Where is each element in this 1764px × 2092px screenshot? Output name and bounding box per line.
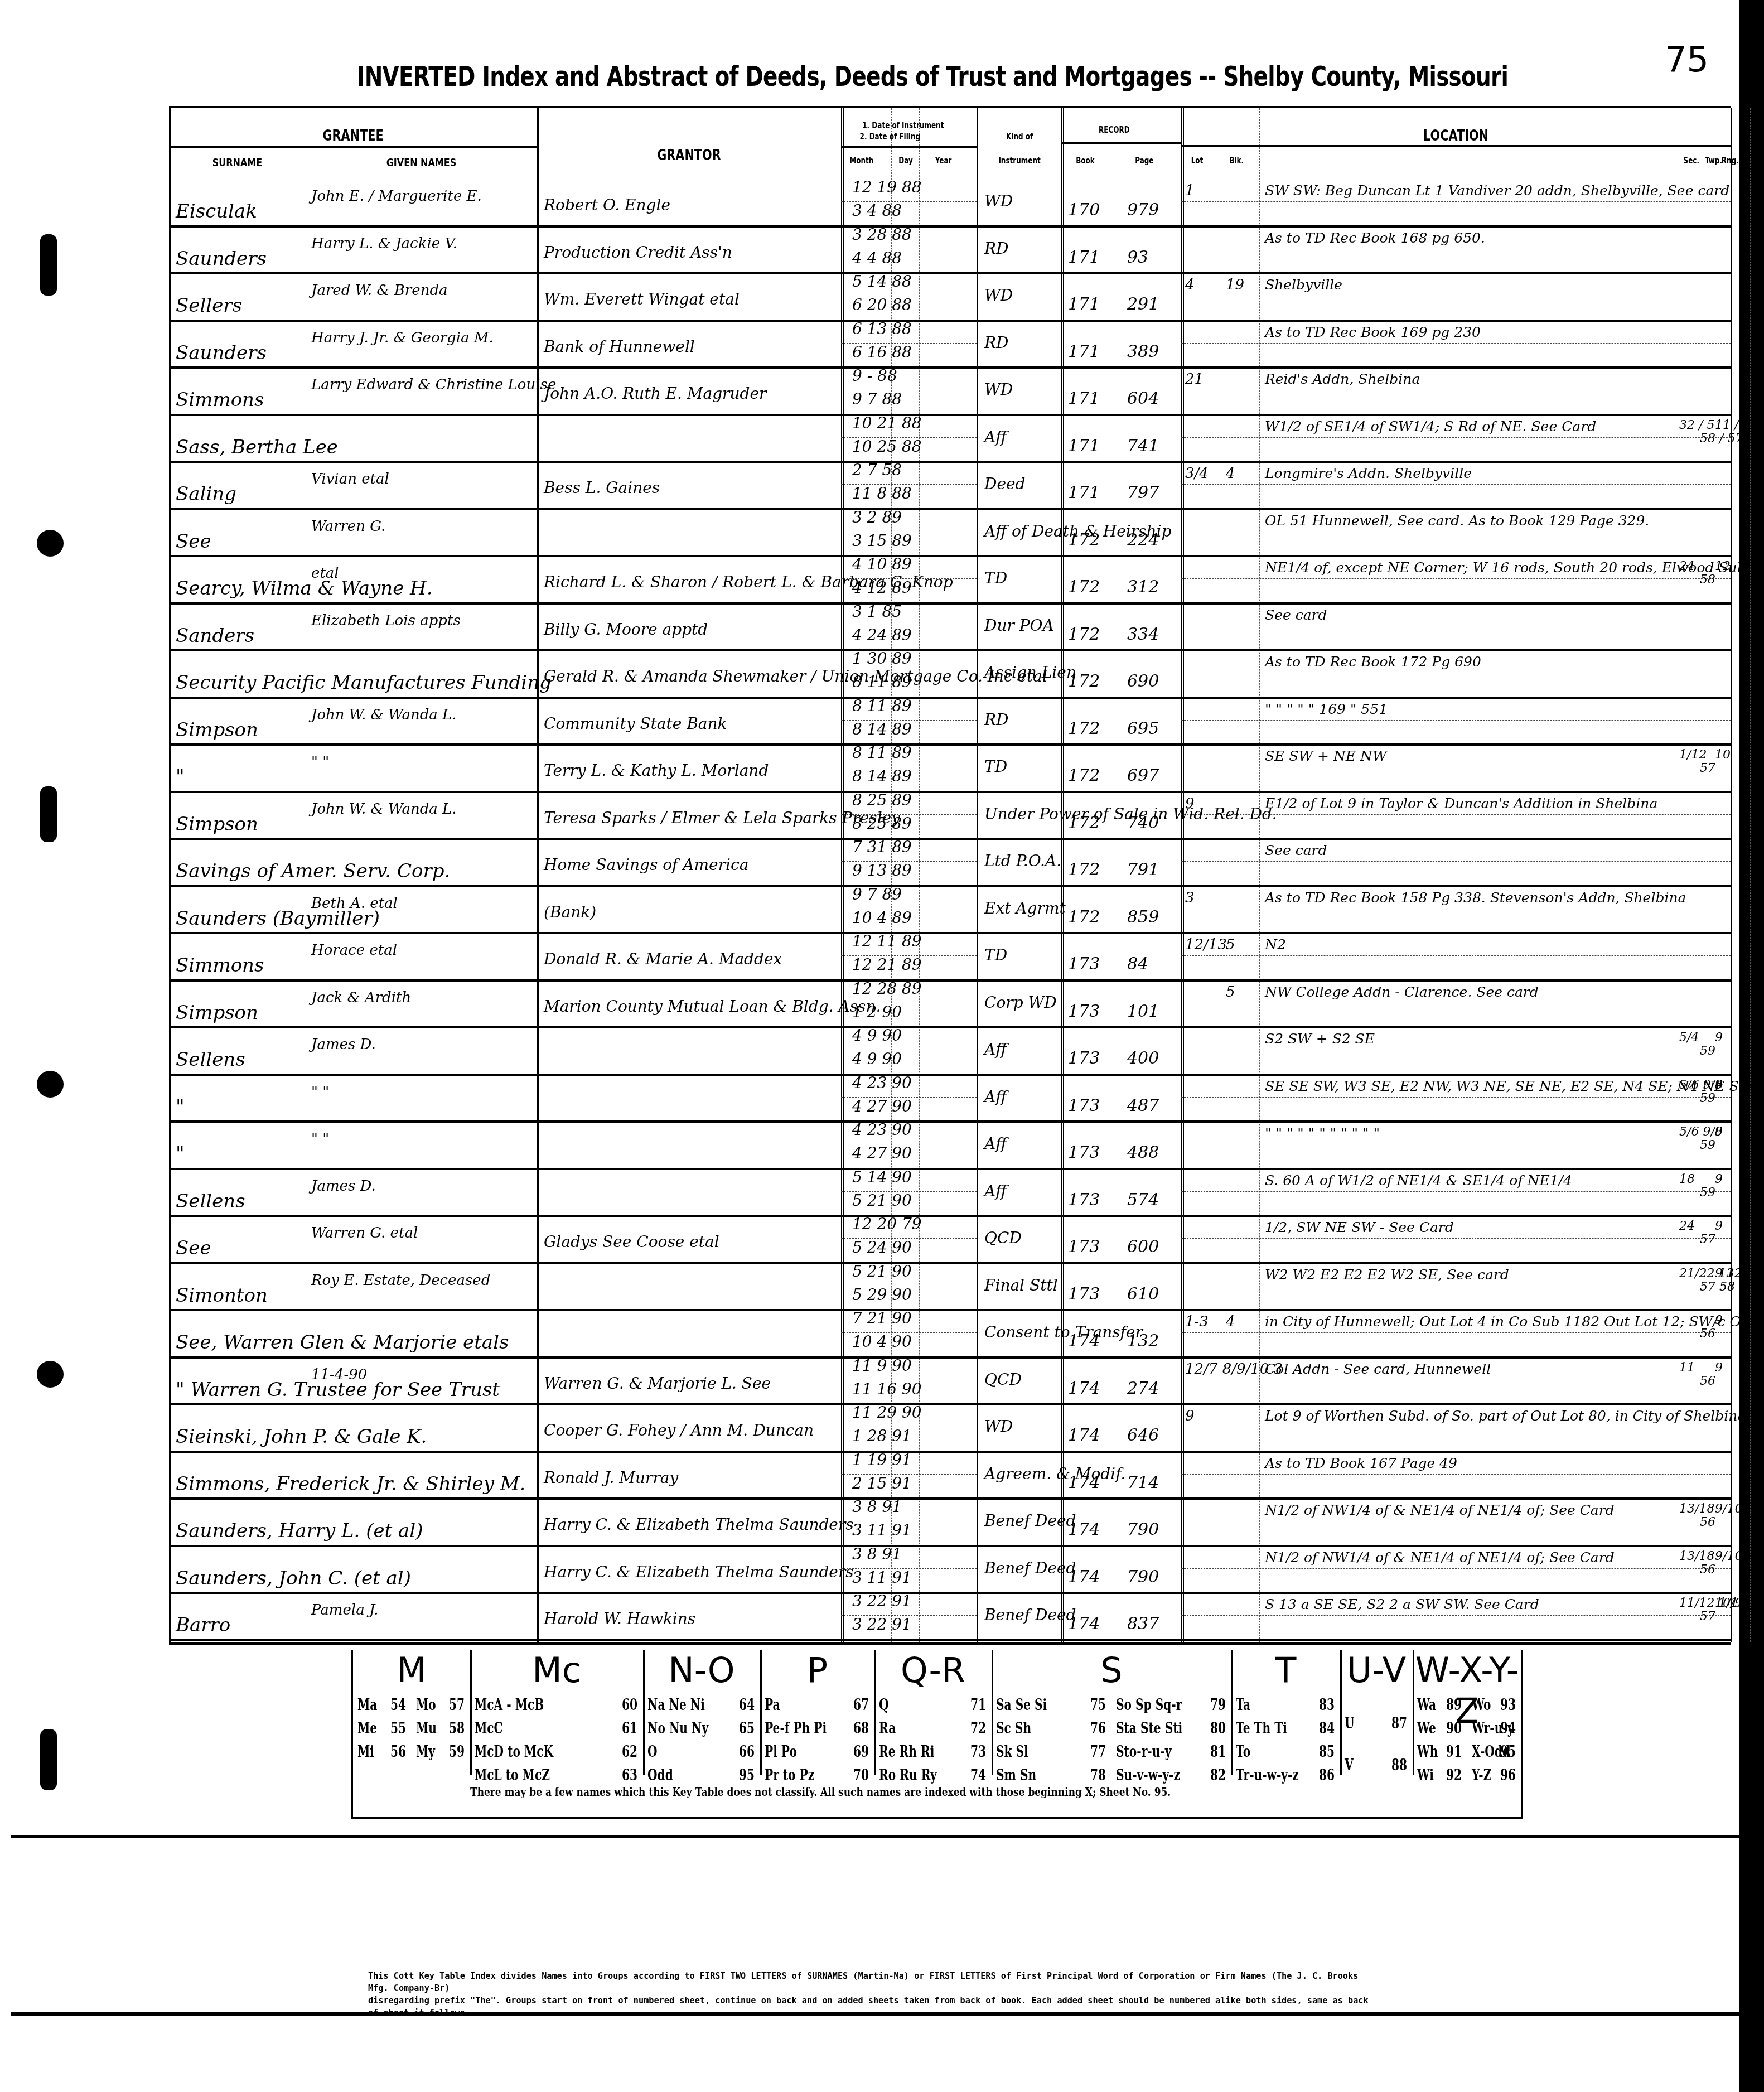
location-description: NW College Addn - Clarence. See card — [1265, 984, 1539, 1000]
key-group-letter: Mc — [470, 1650, 643, 1690]
record-book: 171 — [1068, 248, 1100, 267]
key-sheet-number: 75 — [1090, 1695, 1106, 1714]
date-of-instrument: 12 28 89 — [852, 979, 922, 998]
location-description: S2 SW + S2 SE — [1265, 1031, 1375, 1047]
township: 56 — [1700, 1515, 1715, 1529]
key-prefix: Sc Sh — [996, 1719, 1031, 1737]
grantee-surname: Simpson — [176, 719, 258, 741]
key-prefix: Q — [879, 1695, 889, 1714]
key-prefix: Tr-u-w-y-z — [1236, 1766, 1299, 1784]
record-book: 170 — [1068, 200, 1100, 220]
grantee-surname: Sellens — [176, 1190, 245, 1212]
record-page: 600 — [1127, 1237, 1159, 1257]
range: 9/10 — [1715, 1502, 1742, 1516]
date-of-instrument: 7 31 89 — [852, 838, 912, 856]
key-prefix: Mi — [357, 1742, 374, 1761]
grantee-surname: Saling — [176, 483, 236, 505]
key-prefix: Pa — [765, 1695, 780, 1714]
table-row: SimmonsLarry Edward & Christine LouiseJo… — [169, 366, 1731, 416]
kind-of-instrument: RD — [984, 711, 1009, 729]
key-sheet-number: 91 — [1446, 1742, 1462, 1761]
header-page: Page — [1135, 156, 1153, 166]
key-sheet-number: 63 — [622, 1766, 637, 1784]
key-prefix: Sm Sn — [996, 1766, 1036, 1784]
grantee-given-names: Warren G. etal — [311, 1225, 418, 1241]
township: 59 — [1700, 1186, 1715, 1200]
kind-of-instrument: Benef Deed — [984, 1606, 1076, 1624]
header-rng: Rng. — [1722, 156, 1739, 166]
grantee-given-names: " " — [311, 1130, 329, 1147]
kind-of-instrument: Aff — [984, 1134, 1007, 1153]
divider — [11, 1835, 1739, 1838]
table-row: "" "4 23 904 27 90Aff173488" " " " " " "… — [169, 1120, 1731, 1170]
key-sheet-number: 83 — [1319, 1695, 1335, 1714]
key-prefix: Te Th Ti — [1236, 1719, 1287, 1737]
key-sheet-number: 87 — [1391, 1714, 1407, 1732]
record-page: 797 — [1127, 483, 1159, 503]
table-row: Sass, Bertha Lee10 21 8810 25 88Aff17174… — [169, 414, 1731, 463]
kind-of-instrument: Benef Deed — [984, 1511, 1076, 1530]
grantee-surname: Simpson — [176, 813, 258, 835]
key-sheet-number: 56 — [390, 1742, 406, 1761]
range: 9 — [1715, 1313, 1723, 1327]
section: 24 — [1679, 1219, 1695, 1233]
table-row: SimontonRoy E. Estate, Deceased5 21 905 … — [169, 1262, 1731, 1312]
section: 13/18 — [1679, 1502, 1714, 1516]
key-group-letter: T — [1231, 1650, 1340, 1690]
key-prefix: Ma — [357, 1695, 377, 1714]
record-page: 690 — [1127, 671, 1159, 691]
grantee-surname: Simmons, Frederick Jr. & Shirley M. — [176, 1473, 525, 1495]
grantor: Terry L. & Kathy L. Morland — [544, 761, 769, 780]
key-prefix: Odd — [647, 1766, 673, 1784]
date-of-instrument: 5 14 88 — [852, 272, 912, 291]
key-prefix: Ra — [879, 1719, 896, 1737]
date-of-instrument: 3 28 88 — [852, 225, 912, 244]
date-of-instrument: 11 29 90 — [852, 1403, 922, 1422]
key-prefix: Sto-r-u-y — [1116, 1742, 1171, 1761]
key-sheet-number: 55 — [390, 1719, 406, 1737]
grantee-surname: Sellens — [176, 1049, 245, 1071]
grantee-surname: Simpson — [176, 1002, 258, 1024]
lot: 3/4 — [1185, 465, 1209, 482]
table-row: "" "Terry L. & Kathy L. Morland8 11 898 … — [169, 743, 1731, 793]
key-prefix: Mo — [416, 1695, 436, 1714]
date-of-instrument: 4 23 90 — [852, 1120, 912, 1139]
date-of-instrument: 8 25 89 — [852, 791, 912, 809]
date-of-filing: 9 13 89 — [852, 861, 912, 880]
record-book: 172 — [1068, 671, 1100, 691]
key-prefix: McC — [475, 1719, 503, 1737]
block: 5 — [1226, 984, 1235, 1001]
record-book: 174 — [1068, 1331, 1100, 1351]
key-prefix: O — [647, 1742, 658, 1761]
key-sheet-number: 85 — [1319, 1742, 1335, 1761]
table-row: SimmonsHorace etalDonald R. & Marie A. M… — [169, 932, 1731, 982]
section: 18 — [1679, 1172, 1695, 1186]
date-of-filing: 1 2 90 — [852, 1003, 902, 1021]
date-of-filing: 5 24 90 — [852, 1238, 912, 1257]
section: 11 — [1679, 1361, 1695, 1375]
header-blk: Blk. — [1229, 156, 1244, 166]
section: 5/4 — [1679, 1031, 1699, 1045]
date-of-instrument: 3 2 89 — [852, 508, 902, 526]
key-sheet-number: 77 — [1090, 1742, 1106, 1761]
record-page: 979 — [1127, 200, 1159, 220]
header-book: Book — [1076, 156, 1095, 166]
grantee-surname: Barro — [176, 1614, 230, 1636]
range: 9 — [1715, 1031, 1723, 1045]
kind-of-instrument: Aff — [984, 1040, 1007, 1059]
key-sheet-number: 61 — [622, 1719, 637, 1737]
ledger-table: GRANTEE SURNAME GIVEN NAMES GRANTOR 1. D… — [169, 106, 1731, 1645]
range: 9 — [1715, 1172, 1723, 1186]
record-page: 389 — [1127, 342, 1159, 361]
key-sheet-number: 71 — [970, 1695, 986, 1714]
table-row: SimpsonJohn W. & Wanda L.Teresa Sparks /… — [169, 791, 1731, 840]
record-book: 173 — [1068, 954, 1100, 974]
date-of-filing: 5 29 90 — [852, 1286, 912, 1304]
kind-of-instrument: Final Sttl — [984, 1276, 1058, 1294]
section: 32 / 5 — [1679, 418, 1714, 432]
location-description: " " " " " " " " " " " — [1265, 1125, 1380, 1141]
key-prefix: Wo — [1472, 1695, 1491, 1714]
table-row: Sieinski, John P. & Gale K.Cooper G. Foh… — [169, 1403, 1731, 1453]
kind-of-instrument: Aff — [984, 1088, 1007, 1106]
key-sheet-number: 67 — [853, 1695, 869, 1714]
key-prefix: V — [1345, 1756, 1354, 1774]
grantee-surname: " — [176, 766, 185, 788]
range: 10/9 — [1715, 1596, 1742, 1610]
township: 59 — [1700, 1138, 1715, 1152]
record-book: 172 — [1068, 766, 1100, 785]
township: 57 — [1700, 761, 1715, 775]
header-date-instrument: 1. Date of Instrument — [862, 120, 944, 131]
location-description: OL 51 Hunnewell, See card. As to Book 12… — [1265, 513, 1649, 529]
date-of-instrument: 12 11 89 — [852, 932, 922, 950]
record-page: 291 — [1127, 294, 1159, 314]
record-page: 741 — [1127, 436, 1159, 456]
grantee-surname: Sanders — [176, 625, 254, 647]
grantor: Community State Bank — [544, 714, 727, 733]
grantee-given-names: " " — [311, 1084, 329, 1100]
location-description: N1/2 of NW1/4 of & NE1/4 of NE1/4 of; Se… — [1265, 1502, 1615, 1518]
date-of-instrument: 4 10 89 — [852, 555, 912, 573]
page-title: INVERTED Index and Abstract of Deeds, De… — [357, 60, 1508, 93]
date-of-instrument: 4 9 90 — [852, 1026, 902, 1045]
township: 59 — [1700, 1091, 1715, 1105]
grantee-surname: Saunders — [176, 342, 267, 364]
date-of-filing: 3 4 88 — [852, 201, 902, 220]
header-year: Year — [935, 156, 952, 166]
record-book: 174 — [1068, 1379, 1100, 1398]
record-page: 790 — [1127, 1520, 1159, 1539]
record-page: 488 — [1127, 1143, 1159, 1162]
grantee-surname: Sieinski, John P. & Gale K. — [176, 1426, 427, 1448]
grantee-given-names: Jared W. & Brenda — [311, 282, 448, 299]
key-sheet-number: 88 — [1391, 1756, 1407, 1774]
lot: 1 — [1185, 182, 1195, 199]
grantee-given-names: Horace etal — [311, 942, 397, 959]
grantor: Warren G. & Marjorie L. See — [544, 1374, 771, 1393]
kind-of-instrument: Aff — [984, 428, 1007, 446]
location-description: SW SW: Beg Duncan Lt 1 Vandiver 20 addn,… — [1265, 182, 1729, 199]
key-prefix: McL to McZ — [475, 1766, 550, 1784]
grantee-given-names: Harry L. & Jackie V. — [311, 235, 457, 252]
key-prefix: We — [1417, 1719, 1436, 1737]
township: 56 — [1700, 1327, 1715, 1341]
location-description: See card — [1265, 842, 1327, 858]
key-group-letter: M — [353, 1650, 470, 1690]
location-description: W2 W2 E2 E2 E2 W2 SE, See card — [1265, 1267, 1509, 1283]
township: 57 — [1700, 1233, 1715, 1246]
scan-edge — [1739, 0, 1764, 2092]
record-book: 171 — [1068, 294, 1100, 314]
township: 57 58 — [1700, 1280, 1735, 1294]
record-page: 695 — [1127, 719, 1159, 738]
grantee-surname: Saunders, Harry L. (et al) — [176, 1520, 423, 1542]
record-page: 224 — [1127, 530, 1159, 550]
header-given-names: GIVEN NAMES — [329, 156, 514, 169]
page-number: 75 — [1665, 39, 1709, 80]
date-of-instrument: 8 11 89 — [852, 697, 912, 715]
record-book: 173 — [1068, 1049, 1100, 1068]
key-sheet-number: 66 — [739, 1742, 755, 1761]
grantor: John A.O. Ruth E. Magruder — [544, 384, 766, 403]
record-page: 790 — [1127, 1567, 1159, 1587]
key-sheet-number: 90 — [1446, 1719, 1462, 1737]
header-location: LOCATION — [1236, 128, 1676, 144]
table-row: "" "4 23 904 27 90Aff173487SE SE SW, W3 … — [169, 1074, 1731, 1123]
grantee-given-names: Elizabeth Lois appts — [311, 612, 461, 629]
key-prefix: Pl Po — [765, 1742, 797, 1761]
kind-of-instrument: TD — [984, 569, 1007, 587]
record-book: 173 — [1068, 1237, 1100, 1257]
record-page: 312 — [1127, 577, 1159, 597]
range: 9 — [1715, 1361, 1723, 1375]
record-book: 173 — [1068, 1190, 1100, 1210]
key-sheet-number: 74 — [970, 1766, 986, 1784]
range: 10 — [1715, 748, 1731, 762]
date-of-filing: 8 11 89 — [852, 673, 912, 691]
date-of-instrument: 9 - 88 — [852, 366, 897, 385]
table-row: SalingVivian etalBess L. Gaines2 7 5811 … — [169, 461, 1731, 510]
table-row: SeeWarren G. etalGladys See Coose etal12… — [169, 1215, 1731, 1264]
grantee-surname: Sass, Bertha Lee — [176, 436, 338, 458]
location-description: " " " " " 169 " 551 — [1265, 701, 1388, 717]
key-group-letter: N-O — [643, 1650, 760, 1690]
grantee-given-names: Jack & Ardith — [311, 989, 411, 1006]
kind-of-instrument: QCD — [984, 1370, 1022, 1389]
grantee-given-names: Pamela J. — [311, 1602, 379, 1618]
record-page: 487 — [1127, 1096, 1159, 1115]
record-book: 173 — [1068, 1002, 1100, 1021]
record-book: 171 — [1068, 483, 1100, 503]
key-prefix: Me — [357, 1719, 377, 1737]
date-of-filing: 3 22 91 — [852, 1615, 912, 1634]
table-row: Savings of Amer. Serv. Corp.Home Savings… — [169, 838, 1731, 887]
location-description: E1/2 of Lot 9 in Taylor & Duncan's Addit… — [1265, 795, 1657, 811]
key-sheet-number: 92 — [1446, 1766, 1462, 1784]
record-page: 859 — [1127, 907, 1159, 927]
kind-of-instrument: QCD — [984, 1229, 1022, 1247]
grantee-surname: " — [176, 1096, 185, 1118]
key-table-note: There may be a few names which this Key … — [470, 1785, 1171, 1799]
grantor: Gerald R. & Amanda Shewmaker / Union Mor… — [544, 667, 1047, 685]
grantee-surname: See — [176, 530, 211, 553]
grantee-surname: Searcy, Wilma & Wayne H. — [176, 577, 433, 600]
grantee-given-names: Roy E. Estate, Deceased — [311, 1272, 490, 1289]
location-description: See card — [1265, 607, 1327, 623]
grantor: Teresa Sparks / Elmer & Lela Sparks Pres… — [544, 809, 900, 827]
record-page: 400 — [1127, 1049, 1159, 1068]
table-row: SimpsonJohn W. & Wanda L.Community State… — [169, 697, 1731, 746]
date-of-instrument: 4 23 90 — [852, 1074, 912, 1092]
table-row: SimpsonJack & ArdithMarion County Mutual… — [169, 979, 1731, 1029]
location-description: Shelbyville — [1265, 277, 1342, 293]
location-description: As to TD Rec Book 169 pg 230 — [1265, 324, 1481, 340]
header-date-filing: 2. Date of Filing — [860, 132, 921, 142]
kind-of-instrument: WD — [984, 286, 1013, 305]
date-of-instrument: 3 1 85 — [852, 602, 902, 621]
key-sheet-number: 95 — [1500, 1742, 1516, 1761]
township: 58 — [1700, 573, 1715, 587]
grantee-surname: Saunders — [176, 248, 267, 270]
key-prefix: Ro Ru Ry — [879, 1766, 937, 1784]
grantor: Donald R. & Marie A. Maddex — [544, 950, 782, 968]
location-description: S. 60 A of W1/2 of NE1/4 & SE1/4 of NE1/… — [1265, 1172, 1572, 1188]
block: 4 — [1226, 465, 1235, 482]
range: 12 — [1715, 559, 1731, 573]
key-sheet-number: 82 — [1210, 1766, 1226, 1784]
header-record: RECORD — [1099, 125, 1130, 135]
location-description: As to TD Rec Book 172 Pg 690 — [1265, 654, 1481, 670]
grantee-surname: See, Warren Glen & Marjorie etals — [176, 1331, 509, 1354]
record-page: 646 — [1127, 1426, 1159, 1445]
date-of-filing: 8 25 89 — [852, 814, 912, 833]
grantor: Marion County Mutual Loan & Bldg. Assn. — [544, 997, 881, 1016]
binder-hole — [40, 234, 57, 296]
date-of-instrument: 12 20 79 — [852, 1215, 922, 1233]
record-page: 604 — [1127, 389, 1159, 408]
key-sheet-number: 78 — [1090, 1766, 1106, 1784]
record-book: 172 — [1068, 860, 1100, 880]
header-lot: Lot — [1191, 156, 1204, 166]
table-row: See, Warren Glen & Marjorie etals7 21 90… — [169, 1309, 1731, 1359]
record-book: 171 — [1068, 389, 1100, 408]
record-book: 174 — [1068, 1473, 1100, 1492]
key-prefix: Na Ne Ni — [647, 1695, 705, 1714]
grantor: (Bank) — [544, 903, 596, 921]
grantor: Cooper G. Fohey / Ann M. Duncan — [544, 1421, 814, 1439]
grantee-surname: Simmons — [176, 389, 264, 411]
record-page: 837 — [1127, 1614, 1159, 1634]
grantee-given-names: John E. / Marguerite E. — [311, 188, 482, 205]
record-book: 174 — [1068, 1520, 1100, 1539]
grantee-surname: See — [176, 1237, 211, 1259]
kind-of-instrument: WD — [984, 192, 1013, 210]
table-row: Security Pacific Manufactures FundingGer… — [169, 649, 1731, 699]
date-of-instrument: 8 11 89 — [852, 743, 912, 762]
record-book: 171 — [1068, 342, 1100, 361]
kind-of-instrument: RD — [984, 239, 1009, 258]
key-group-letter: Q-R — [874, 1650, 992, 1690]
grantee-given-names: James D. — [311, 1178, 376, 1195]
range: 11 / 11 — [1715, 418, 1758, 432]
kind-of-instrument: Consent to Transfer — [984, 1323, 1143, 1341]
date-of-instrument: 2 7 58 — [852, 461, 902, 479]
block: 4 — [1226, 1313, 1235, 1330]
date-of-filing: 3 11 91 — [852, 1521, 912, 1539]
key-sheet-number: 76 — [1090, 1719, 1106, 1737]
date-of-filing: 8 14 89 — [852, 767, 912, 785]
header-instrument: Instrument — [998, 156, 1040, 166]
record-book: 174 — [1068, 1614, 1100, 1634]
date-of-instrument: 6 13 88 — [852, 320, 912, 338]
location-description: SE SW + NE NW — [1265, 748, 1387, 764]
key-prefix: Sta Ste Sti — [1116, 1719, 1182, 1737]
header-sec: Sec. — [1684, 156, 1699, 166]
location-description: Reid's Addn, Shelbina — [1265, 371, 1420, 387]
kind-of-instrument: Dur POA — [984, 616, 1054, 635]
table-row: SellensJames D.4 9 904 9 90Aff173400S2 S… — [169, 1026, 1731, 1076]
date-of-instrument: 1 19 91 — [852, 1451, 912, 1469]
township: 57 — [1700, 1610, 1715, 1624]
date-of-instrument: 10 21 88 — [852, 414, 922, 432]
lot: 9 — [1185, 795, 1195, 812]
key-sheet-number: 65 — [739, 1719, 755, 1737]
grantor: Ronald J. Murray — [544, 1468, 678, 1487]
key-sheet-number: 84 — [1319, 1719, 1335, 1737]
kind-of-instrument: Ext Agrmt — [984, 899, 1066, 917]
date-of-filing: 4 9 90 — [852, 1050, 902, 1068]
record-page: 574 — [1127, 1190, 1159, 1210]
grantor: Gladys See Coose etal — [544, 1233, 719, 1251]
grantee-given-names: Harry J. Jr. & Georgia M. — [311, 330, 494, 346]
key-sheet-number: 80 — [1210, 1719, 1226, 1737]
grantor: Home Savings of America — [544, 856, 748, 874]
date-of-filing: 4 27 90 — [852, 1097, 912, 1115]
table-row: SellersJared W. & BrendaWm. Everett Wing… — [169, 272, 1731, 322]
grantor: Bess L. Gaines — [544, 479, 660, 497]
binder-hole — [37, 1071, 64, 1098]
key-sheet-number: 69 — [853, 1742, 869, 1761]
record-page: 93 — [1127, 248, 1148, 267]
grantee-surname: Security Pacific Manufactures Funding — [176, 671, 552, 694]
kind-of-instrument: TD — [984, 946, 1007, 964]
key-sheet-number: 68 — [853, 1719, 869, 1737]
range: 9 — [1715, 1125, 1723, 1139]
location-description: S 13 a SE SE, S2 2 a SW SW. See Card — [1265, 1596, 1539, 1612]
date-of-filing: 5 21 90 — [852, 1191, 912, 1210]
grantee-given-names: John W. & Wanda L. — [311, 707, 457, 723]
key-sheet-number: 95 — [739, 1766, 755, 1784]
township: 58 / 57 — [1700, 432, 1743, 446]
record-page: 610 — [1127, 1284, 1159, 1304]
table-row: EisculakJohn E. / Marguerite E.Robert O.… — [169, 178, 1731, 228]
binder-hole — [37, 530, 64, 557]
record-page: 132 — [1127, 1331, 1159, 1351]
date-of-filing: 10 25 88 — [852, 437, 922, 456]
key-sheet-number: 60 — [622, 1695, 637, 1714]
table-row: SaundersHarry J. Jr. & Georgia M.Bank of… — [169, 320, 1731, 369]
key-prefix: Pe-f Ph Pi — [765, 1719, 827, 1737]
record-book: 174 — [1068, 1426, 1100, 1445]
binder-hole — [37, 1361, 64, 1388]
date-of-filing: 3 15 89 — [852, 532, 912, 550]
header-kind: Kind of — [1006, 132, 1033, 142]
key-prefix: So Sp Sq-r — [1116, 1695, 1182, 1714]
